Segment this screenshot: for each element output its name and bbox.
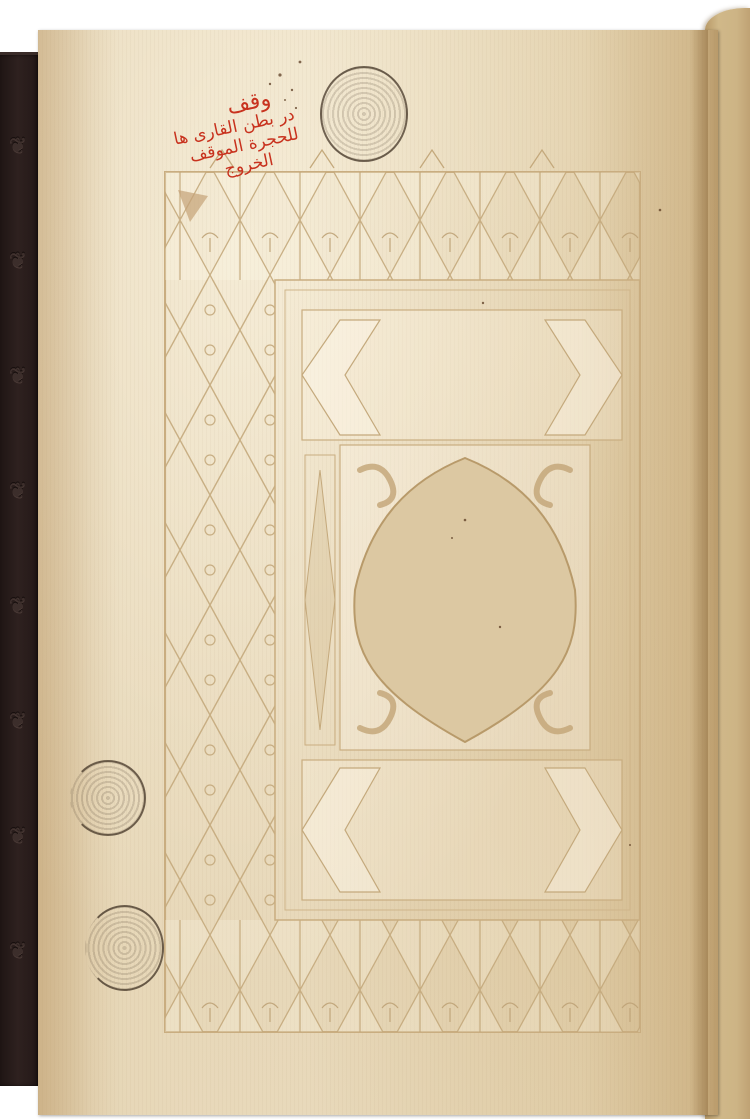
central-panel <box>305 445 590 750</box>
left-seal-lower <box>85 905 164 991</box>
lower-panel <box>302 760 622 900</box>
left-seal-upper <box>70 760 146 836</box>
upper-panel <box>302 310 622 440</box>
top-seal <box>320 66 408 162</box>
